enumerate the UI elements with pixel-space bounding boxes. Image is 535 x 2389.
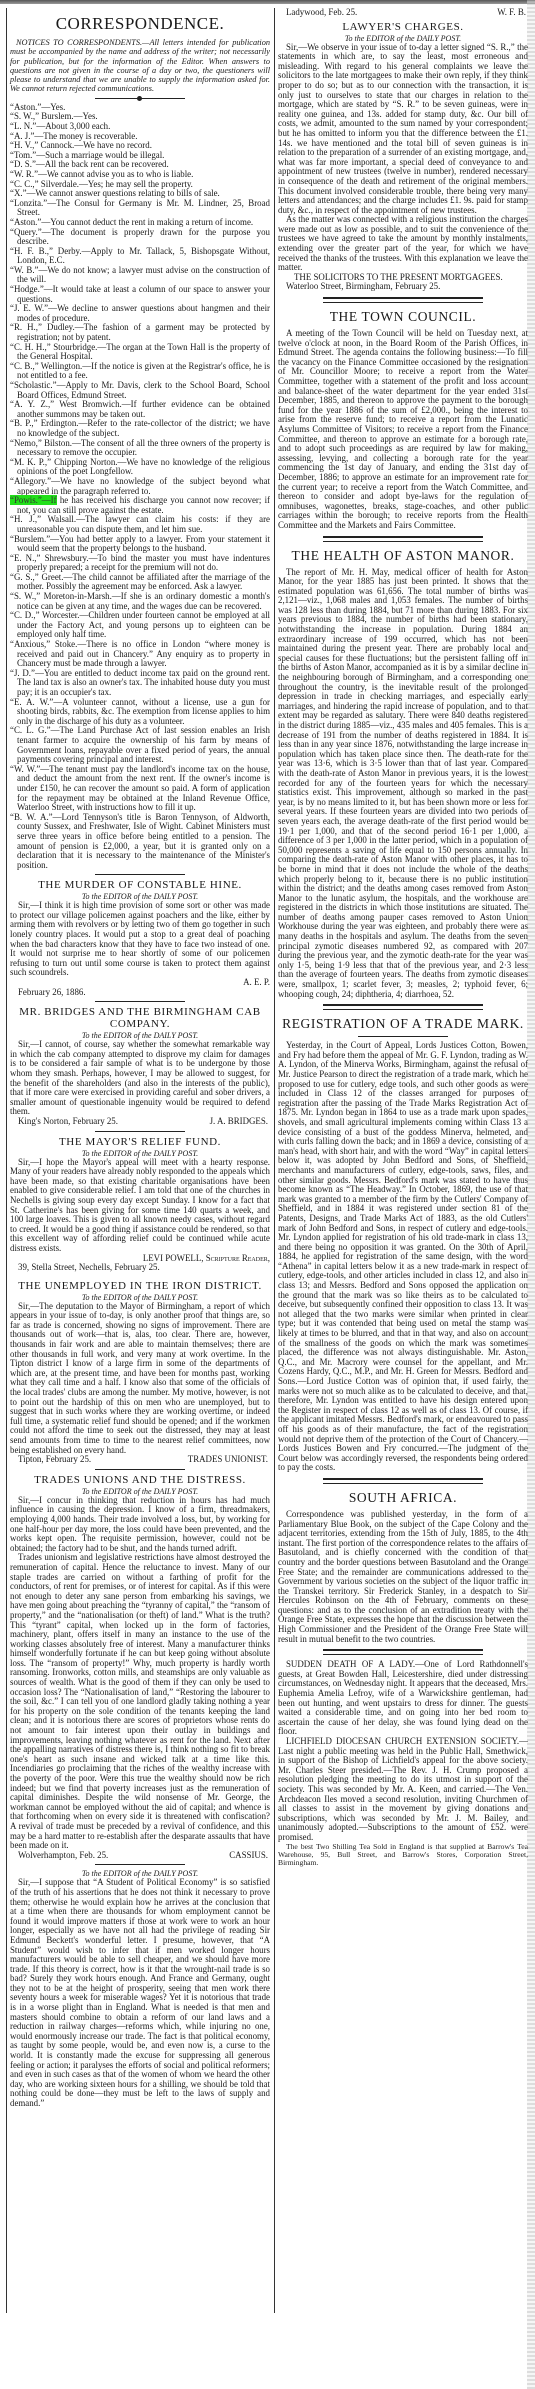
letter-body: Trades unionism and legislative restrict…	[10, 1553, 270, 1850]
letter-signoff: Tipton, February 25. TRADES UNIONIST.	[10, 1455, 270, 1465]
article-title-trademark: REGISTRATION OF A TRADE MARK.	[278, 1016, 528, 1031]
article-title-south-africa: SOUTH AFRICA.	[278, 1490, 528, 1505]
column-right: Ladywood, Feb. 25. W. F. B. LAWYER'S CHA…	[274, 8, 528, 2313]
section-divider	[323, 1649, 483, 1655]
answer-item: “Powis.”—If he has received his discharg…	[10, 496, 270, 515]
news-body: —Last night a public meeting was held in…	[278, 1736, 528, 1842]
letter-body: As the matter was connected with a relig…	[278, 215, 528, 273]
letter-body: Sir,—I think it is high time provision o…	[10, 901, 270, 978]
answer-item: “B. W. A.”—Lord Tennyson's title is Baro…	[10, 813, 270, 871]
letter-signature: J. A. BRIDGES.	[210, 1117, 268, 1127]
answer-item: “Nemo,” Bilston.—The consent of all the …	[10, 439, 270, 458]
answer-item: “W. B.”—We do not know; a lawyer must ad…	[10, 266, 270, 285]
answer-item: “J. D.”—You are entitled to deduct incom…	[10, 669, 270, 698]
query-name: “Aston.”	[10, 102, 41, 112]
answer-item: “E. A. W.”—A volunteer cannot, without a…	[10, 698, 270, 727]
divider	[95, 1864, 185, 1865]
news-lead: LICHFIELD DIOCESAN CHURCH EXTENSION SOCI…	[286, 1736, 519, 1746]
answer-item: “J. E. W.”—We decline to answer question…	[10, 304, 270, 323]
answer-item: “Allegory.”—We have no knowledge of the …	[10, 477, 270, 496]
page-top-rule	[0, 0, 535, 4]
letter-signoff: King's Norton, February 25. J. A. BRIDGE…	[10, 1117, 270, 1127]
answer-item: “E. N.,” Shrewsbury.—To bind the master …	[10, 554, 270, 573]
page-gutter-edge	[527, 0, 535, 2389]
letter-title-relief: THE MAYOR'S RELIEF FUND.	[10, 1136, 270, 1148]
answer-item: “G. S.,” Greet.—The child cannot be affi…	[10, 573, 270, 592]
article-title-health: THE HEALTH OF ASTON MANOR.	[278, 548, 528, 563]
query-name: “C. C.,” Silverdale.	[10, 179, 79, 189]
section-divider	[323, 297, 483, 303]
query-name: “E. N.,” Shrewsbury.	[10, 553, 89, 563]
answer-item: “C. B.,” Wellington.—If the notice is gi…	[10, 362, 270, 381]
answer-text: —The money is recoverable.	[34, 131, 137, 141]
answer-text: —We cannot answer questions relating to …	[27, 188, 220, 198]
letter-place-date: Ladywood, Feb. 25.	[286, 8, 357, 18]
query-name: “W. R.”	[10, 169, 38, 179]
answer-item: “H. J.,” Walsall.—The lawyer can claim h…	[10, 515, 270, 534]
letter-address: Waterloo Street, Birmingham, February 25…	[278, 282, 528, 292]
query-name: “Scholastic.”	[10, 380, 57, 390]
letter-body: Sir,—I suppose that “A Student of Politi…	[10, 1878, 270, 2108]
answer-item: “H. F. B.,” Derby.—Apply to Mr. Tallack,…	[10, 247, 270, 266]
news-item-lichfield: LICHFIELD DIOCESAN CHURCH EXTENSION SOCI…	[278, 1737, 528, 1843]
answer-text: —Lord Tennyson's title is Baron Tennyson…	[17, 812, 270, 870]
divider	[95, 1469, 185, 1470]
answer-text: —About 3,000 each.	[36, 121, 110, 131]
query-name: “Hodge.”	[10, 284, 44, 294]
answer-item: “Hodge.”—It would take at least a column…	[10, 285, 270, 304]
letter-signoff: Wolverhampton, Feb. 25. CASSIUS.	[10, 1851, 270, 1861]
letter-signoff: Ladywood, Feb. 25. W. F. B.	[278, 8, 528, 18]
news-item-sudden-death: SUDDEN DEATH OF A LADY.—One of Lord Rath…	[278, 1660, 528, 1737]
answer-item: “B. P.,” Erdington.—Refer to the rate-co…	[10, 419, 270, 438]
answer-text: —You had better apply to a lawyer. From …	[17, 534, 270, 554]
divider	[95, 1001, 185, 1002]
query-name: “B. P.,” Erdington.	[10, 418, 78, 428]
answer-item: “A. Y. Z.,” West Bromwich.—If further ev…	[10, 400, 270, 419]
section-divider	[323, 1004, 483, 1010]
section-divider	[323, 1478, 483, 1484]
query-name: “A. Y. Z.,” West Bromwich.	[10, 399, 122, 409]
query-name: “A. J.”	[10, 131, 34, 141]
news-body: —One of Lord Rathdonnell's guests, at Gr…	[278, 1659, 528, 1736]
letter-place-date: Wolverhampton, Feb. 25.	[18, 1851, 108, 1861]
letter-title-cab: MR. BRIDGES AND THE BIRMINGHAM CAB COMPA…	[10, 1006, 270, 1030]
answer-text: —Such a marriage would be illegal.	[36, 150, 164, 160]
query-name: “J. E. W.”	[10, 303, 48, 313]
highlighted-query: “Powis.”—If	[10, 495, 57, 505]
news-lead: SUDDEN DEATH OF A LADY.	[286, 1659, 415, 1669]
answer-item: “C. H. H.,” Stourbridge.—The organ at th…	[10, 343, 270, 362]
query-name: “S. W.,” Moreton-in-Marsh.	[10, 591, 112, 601]
letter-place-date: Tipton, February 25.	[18, 1455, 91, 1465]
query-name: “J. D.”	[10, 668, 35, 678]
letter-signature: CASSIUS.	[229, 1851, 268, 1861]
answer-text: —We have no knowledge of the subject bey…	[17, 476, 270, 496]
answer-item: “C. D.,” Worcester.—Children under fourt…	[10, 611, 270, 640]
answers-list: “Aston.”—Yes.“S. W.,” Burslem.—Yes.“L. N…	[10, 103, 270, 871]
query-name: “B. W. A.”	[10, 812, 53, 822]
notice-to-correspondents: NOTICES TO CORRESPONDENTS.—All letters i…	[10, 38, 270, 94]
query-name: “Query.”	[10, 227, 42, 237]
answer-item: “W. W.”—The tenant must pay the landlord…	[10, 765, 270, 813]
query-name: “R. H.,” Dudley.	[10, 322, 75, 332]
query-name: “L. N.”	[10, 121, 36, 131]
query-name: “H. V.,” Cannock.	[10, 140, 74, 150]
query-name: “W. W.”	[10, 764, 40, 774]
answer-text: —You are entitled to deduct income tax p…	[17, 668, 270, 697]
query-name: “W. B.”	[10, 265, 39, 275]
query-name: “Burslem.”	[10, 534, 50, 544]
query-name: “C. L. G.”	[10, 725, 51, 735]
answer-item: “Burslem.”—You had better apply to a law…	[10, 535, 270, 554]
answer-item: “Scholastic.”—Apply to Mr. Davis, clerk …	[10, 381, 270, 400]
query-name: “Nemo,” Bilston.	[10, 438, 72, 448]
letter-body: Sir,—I concur in thinking that reduction…	[10, 1496, 270, 1554]
answer-text: —You cannot deduct the rent in making a …	[41, 217, 253, 227]
query-name: “Anxious,” Stoke.	[10, 639, 77, 649]
column-left: CORRESPONDENCE. NOTICES TO CORRESPONDENT…	[6, 8, 270, 2313]
answer-item: “R. H.,” Dudley.—The fashion of a garmen…	[10, 323, 270, 342]
letter-body: Sir,—We observe in your issue of to-day …	[278, 43, 528, 216]
letter-body: Sir,—The deputation to the Mayor of Birm…	[10, 1302, 270, 1456]
letter-body: Sir,—I cannot, of course, say whether th…	[10, 1040, 270, 1117]
answer-item: “Lonzita.”—The Consul for Germany is Mr.…	[10, 199, 270, 218]
answer-text: —Yes; he may sell the property.	[79, 179, 193, 189]
article-title-council: THE TOWN COUNCIL.	[278, 309, 528, 324]
query-name: “M. K. P.,” Chipping Norton.	[10, 457, 118, 467]
letter-title-trades: TRADES UNIONS AND THE DISTRESS.	[10, 1474, 270, 1486]
letter-title-unemployed: THE UNEMPLOYED IN THE IRON DISTRICT.	[10, 1280, 270, 1292]
query-name: “C. B.,” Wellington.	[10, 361, 82, 371]
letter-title-constable: THE MURDER OF CONSTABLE HINE.	[10, 879, 270, 891]
letter-place-date: King's Norton, February 25.	[18, 1117, 118, 1127]
query-name: “C. H. H.,” Stourbridge.	[10, 342, 97, 352]
answer-text: —Yes.	[74, 111, 98, 121]
query-name: “Tom.”	[10, 150, 36, 160]
query-name: “H. J.,” Walsall.	[10, 514, 76, 524]
query-name: “H. F. B.,” Derby.	[10, 246, 82, 256]
query-name: “X.”	[10, 188, 27, 198]
answer-item: “C. L. G.”—The Land Purchase Act of last…	[10, 726, 270, 764]
divider	[358, 1036, 448, 1037]
answer-text: —The tenant must pay the landlord's inco…	[17, 764, 270, 812]
page-title: CORRESPONDENCE.	[10, 14, 270, 34]
answer-text: —It would take at least a column of our …	[17, 284, 270, 304]
letter-address: 39, Stella Street, Nechells, February 25…	[10, 1263, 270, 1273]
divider	[95, 98, 185, 99]
answer-item: “Anxious,” Stoke.—There is no office in …	[10, 640, 270, 669]
letter-date: February 26, 1886.	[10, 988, 270, 998]
answer-text: —We have no record.	[74, 140, 152, 150]
divider	[95, 1131, 185, 1132]
divider	[95, 874, 185, 875]
answer-text: —The Consul for Germany is Mr. M. Lindne…	[17, 198, 270, 218]
answer-text: —Yes.	[41, 102, 65, 112]
query-name: “Aston.”	[10, 217, 41, 227]
letter-body: Sir,—I hope the Mayor's appeal will meet…	[10, 1158, 270, 1254]
article-body: A meeting of the Town Council will be he…	[278, 329, 528, 530]
answer-text: —We do not know; a lawyer must advise on…	[17, 265, 270, 285]
advertisement: The best Two Shilling Tea Sold in Englan…	[278, 1843, 528, 1868]
answer-item: “Query.”—The document is properly drawn …	[10, 228, 270, 247]
query-name: “Lonzita.”	[10, 198, 47, 208]
answer-text: —A volunteer cannot, without a license, …	[17, 697, 270, 726]
answer-item: “M. K. P.,” Chipping Norton.—We have no …	[10, 458, 270, 477]
answer-text: —We decline to answer questions about ha…	[17, 303, 270, 323]
query-name: “D. S.”	[10, 159, 36, 169]
query-name: “G. S.,” Greet.	[10, 572, 63, 582]
section-divider	[323, 536, 483, 542]
letter-signature: TRADES UNIONIST.	[188, 1455, 268, 1465]
article-body: Yesterday, in the Court of Appeal, Lords…	[278, 1041, 528, 1473]
letter-signature: W. F. B.	[497, 8, 526, 18]
query-name: “S. W.,” Burslem.	[10, 111, 74, 121]
query-name: “C. D.,” Worcester.	[10, 610, 79, 620]
answer-text: —We cannot advise you as to who is liabl…	[38, 169, 193, 179]
answer-text: —The document is properly drawn for the …	[17, 227, 270, 247]
answer-item: “S. W.,” Moreton-in-Marsh.—If she is an …	[10, 592, 270, 611]
letter-title-lawyers: LAWYER'S CHARGES.	[278, 21, 528, 33]
article-body: Correspondence was published yesterday, …	[278, 1510, 528, 1644]
article-body: The report of Mr. H. May, medical office…	[278, 568, 528, 1000]
query-name: “Allegory.”	[10, 476, 51, 486]
answer-text: —The Land Purchase Act of last session e…	[17, 725, 270, 764]
query-name: “E. A. W.”	[10, 697, 53, 707]
answer-text: —All the back rent can be recovered.	[36, 159, 169, 169]
